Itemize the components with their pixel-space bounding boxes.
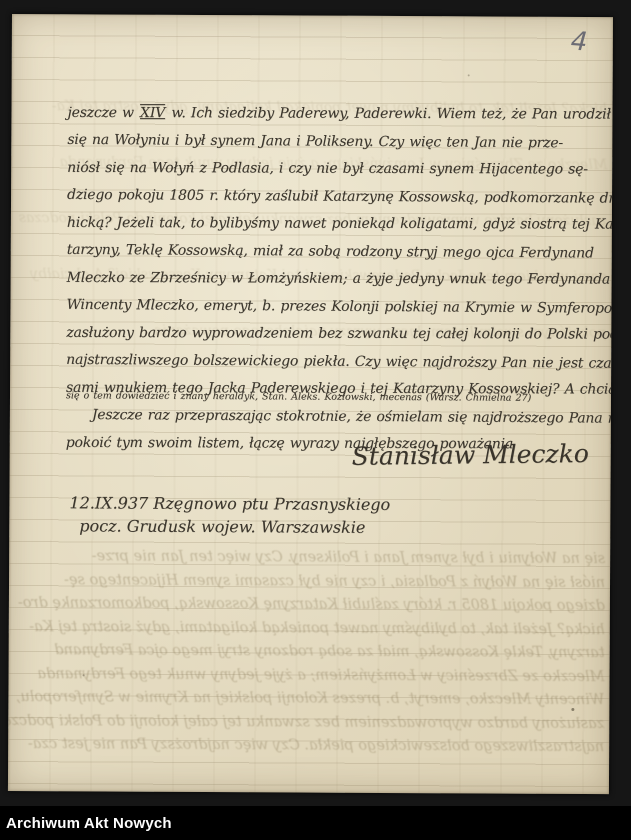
paper-speck [83, 674, 85, 676]
letter-line-text: jeszcze w [67, 105, 139, 121]
letter-line: niósł się na Wołyń z Podlasia, i czy nie… [67, 155, 607, 184]
letter-line: najstraszliwszego bolszewickiego piekła.… [66, 346, 606, 377]
paper-speck [571, 708, 574, 711]
page-number-pencil: 4 [570, 26, 589, 57]
date-place-block: 12.IX.937 Rzęgnowo ptu Przasnyskiego poc… [69, 491, 390, 539]
letter-line: hicką? Jeżeli tak, to bylibyśmy nawet po… [67, 210, 607, 239]
letter-body: jeszcze w XIV w. Ich siedziby Paderewy, … [66, 99, 608, 459]
date-place-line: 12.IX.937 Rzęgnowo ptu Przasnyskiego [69, 491, 390, 516]
letter-line: jeszcze w XIV w. Ich siedziby Paderewy, … [67, 100, 607, 129]
signature: Stanisław Mleczko [352, 439, 589, 471]
letter-line: tarzyny, Teklę Kossowską, miał za sobą r… [67, 236, 607, 267]
roman-numeral-xiv: XIV [139, 105, 166, 121]
letter-line: dziego pokoju 1805 r. który zaślubił Kat… [67, 181, 607, 212]
archive-watermark-bar: Archiwum Akt Nowych [0, 806, 631, 840]
letter-line-text: w. Ich siedziby Paderewy, Paderewki. Wie… [166, 105, 611, 122]
paper-speck [468, 74, 470, 76]
letter-line: się na Wołyniu i był synem Jana i Poliks… [67, 126, 607, 157]
letter-line: Wincenty Mleczko, emeryt, b. prezes Kolo… [66, 291, 606, 322]
ink-bleedthrough-lower: się na Wołyniu i był synem Jana i Poliks… [16, 545, 605, 760]
letter-page: hicką? Jeżeli tak, to bylibyśmy nawet po… [8, 14, 613, 794]
letter-line: zasłużony bardzo wyprowadzeniem bez szwa… [66, 320, 606, 349]
date-place-line: pocz. Grudusk wojew. Warszawskie [69, 514, 390, 539]
archive-watermark-label: Archiwum Akt Nowych [6, 815, 172, 832]
letter-line: Mleczko ze Zbrześnicy w Łomżyńskiem; a ż… [67, 265, 607, 294]
archive-scan-viewer: hicką? Jeżeli tak, to bylibyśmy nawet po… [0, 0, 631, 840]
letter-line: Jeszcze raz przepraszając stokrotnie, że… [66, 401, 606, 432]
